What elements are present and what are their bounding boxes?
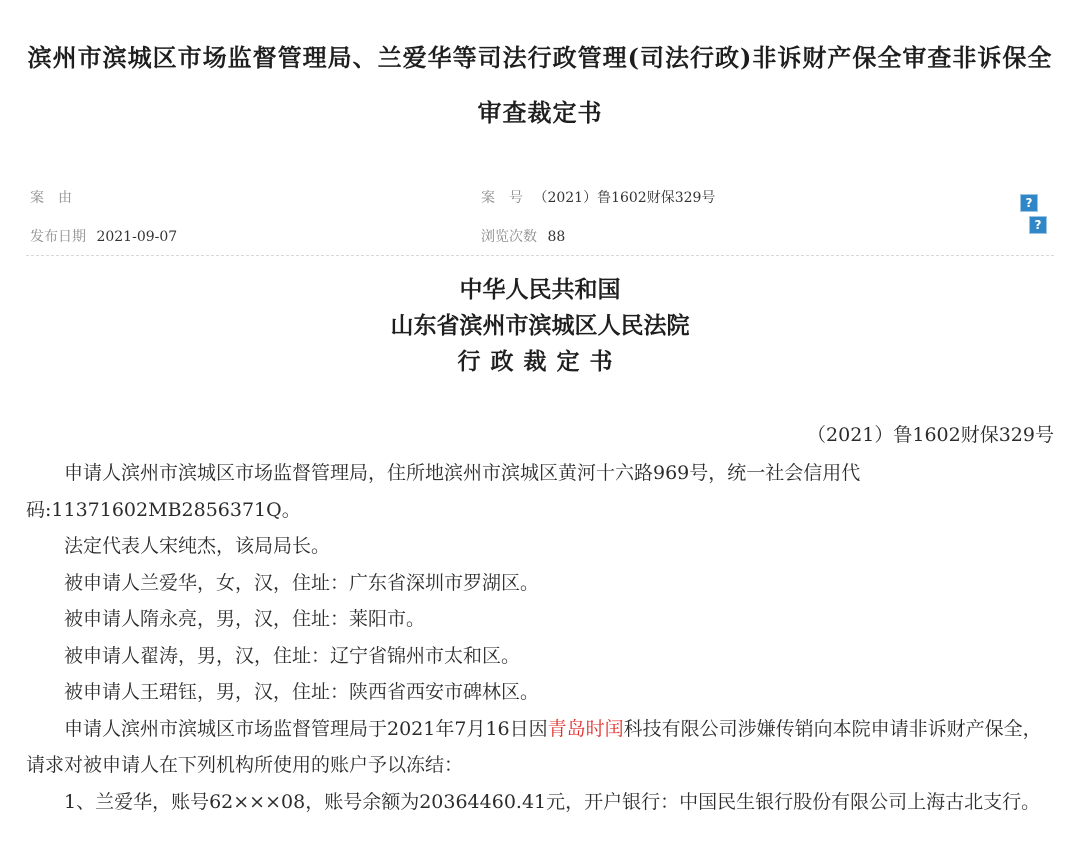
document-body: 申请人滨州市滨城区市场监督管理局，住所地滨州市滨城区黄河十六路969号，统一社会…	[26, 455, 1056, 820]
paragraph-respondent: 被申请人翟涛，男，汉，住址：辽宁省锦州市太和区。	[26, 638, 1056, 675]
publish-date: 发布日期 2021-09-07	[30, 227, 177, 247]
request-text-before: 申请人滨州市滨城区市场监督管理局于2021年7月16日因	[64, 718, 548, 740]
help-icon[interactable]: ?	[1029, 216, 1047, 234]
paragraph-applicant: 申请人滨州市滨城区市场监督管理局，住所地滨州市滨城区黄河十六路969号，统一社会…	[26, 455, 1056, 528]
paragraph-request: 申请人滨州市滨城区市场监督管理局于2021年7月16日因青岛时闰科技有限公司涉嫌…	[26, 711, 1056, 784]
court-name: 山东省滨州市滨城区人民法院	[0, 308, 1080, 344]
case-number-right: （2021）鲁1602财保329号	[807, 422, 1054, 448]
highlighted-company: 青岛时闰	[548, 718, 624, 740]
document-title: 滨州市滨城区市场监督管理局、兰爱华等司法行政管理(司法行政)非诉财产保全审查非诉…	[24, 30, 1056, 140]
ruling-type: 行政裁定书	[0, 344, 1080, 380]
court-header: 中华人民共和国 山东省滨州市滨城区人民法院 行政裁定书	[0, 272, 1080, 380]
publish-date-value: 2021-09-07	[96, 229, 177, 245]
case-cause-label: 案 由	[30, 190, 72, 206]
publish-date-label: 发布日期	[30, 229, 86, 245]
paragraph-respondent: 被申请人王珺钰，男，汉，住址：陕西省西安市碑林区。	[26, 674, 1056, 711]
view-count-value: 88	[547, 229, 565, 245]
case-cause: 案 由	[30, 188, 78, 208]
help-icon[interactable]: ?	[1020, 194, 1038, 212]
paragraph-respondent: 被申请人兰爱华，女，汉，住址：广东省深圳市罗湖区。	[26, 565, 1056, 602]
dashed-divider	[26, 255, 1054, 256]
court-country: 中华人民共和国	[0, 272, 1080, 308]
paragraph-respondent: 被申请人隋永亮，男，汉，住址：莱阳市。	[26, 601, 1056, 638]
case-number-value: （2021）鲁1602财保329号	[533, 190, 715, 206]
paragraph-legal-rep: 法定代表人宋纯杰，该局局长。	[26, 528, 1056, 565]
paragraph-account-1: 1、兰爱华，账号62×××08，账号余额为20364460.41元，开户银行：中…	[26, 784, 1056, 821]
view-count: 浏览次数 88	[481, 227, 565, 247]
case-number-label: 案 号	[481, 190, 523, 206]
view-count-label: 浏览次数	[481, 229, 537, 245]
case-number: 案 号 （2021）鲁1602财保329号	[481, 188, 715, 208]
